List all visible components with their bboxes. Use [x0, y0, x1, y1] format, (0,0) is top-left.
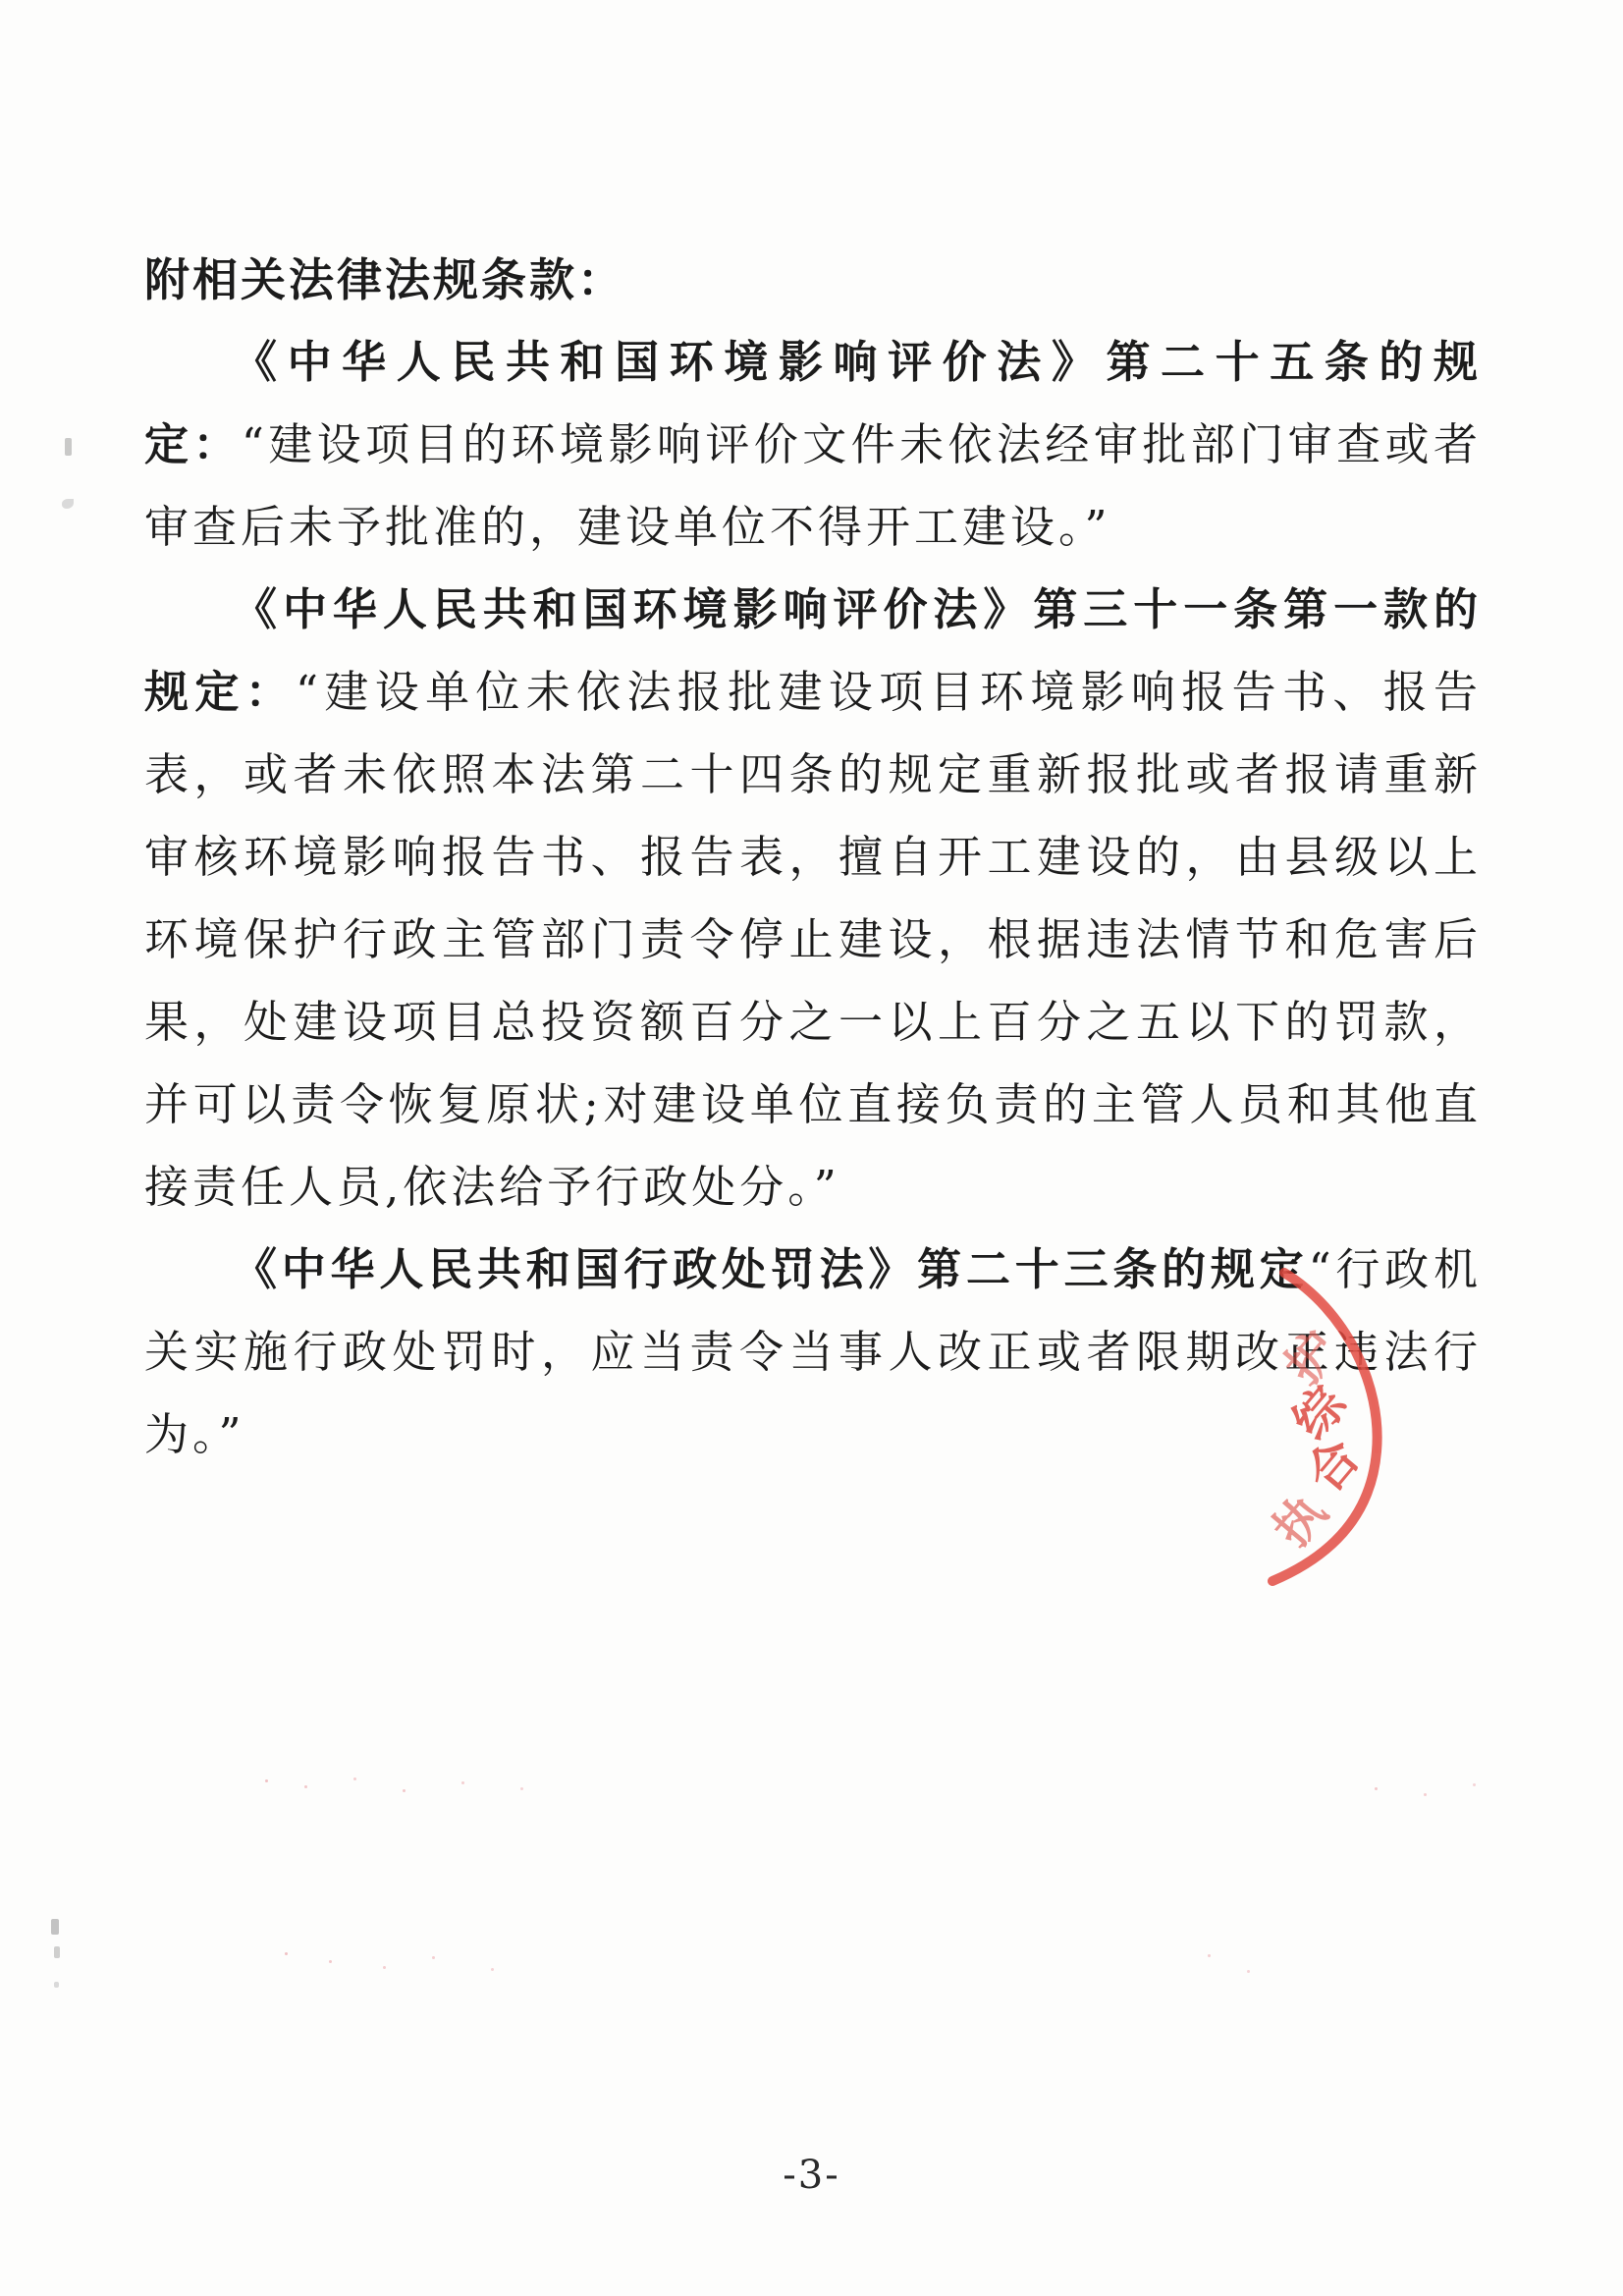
seal-character: 执 — [1254, 1477, 1339, 1560]
page-number: -3- — [783, 2153, 839, 2198]
legal-paragraph-eia-art25: 《中华人民共和国环境影响评价法》第二十五条的规定：“建设项目的环境影响评价文件未… — [144, 321, 1482, 569]
scan-smudge — [54, 1946, 60, 1958]
law-quotation-text: “建设单位未依法报批建设项目环境影响报告书、报告表，或者未依照本法第二十四条的规… — [144, 666, 1482, 1213]
scan-smudge — [54, 1982, 59, 1988]
law-quotation-text: “建设项目的环境影响评价文件未依法经审批部门审查或者审查后未予批准的，建设单位不… — [144, 418, 1482, 553]
legal-paragraph-eia-art31: 《中华人民共和国环境影响评价法》第三十一条第一款的规定：“建设单位未依法报批建设… — [144, 569, 1482, 1229]
scan-smudge — [51, 1919, 59, 1935]
law-citation-bold: 《中华人民共和国行政处罚法》第二十三条的规定 — [233, 1243, 1309, 1295]
scan-smudge — [65, 438, 72, 456]
scan-speckles — [285, 1952, 288, 1955]
scan-speckles — [265, 1779, 268, 1782]
section-heading: 附相关法律法规条款： — [144, 239, 1482, 321]
document-body: 附相关法律法规条款： 《中华人民共和国环境影响评价法》第二十五条的规定：“建设项… — [144, 239, 1482, 1476]
scanned-document-page: 附相关法律法规条款： 《中华人民共和国环境影响评价法》第二十五条的规定：“建设项… — [0, 0, 1623, 2296]
legal-paragraph-apl-art23: 《中华人民共和国行政处罚法》第二十三条的规定“行政机关实施行政处罚时，应当责令当… — [144, 1229, 1482, 1476]
scan-smudge — [62, 499, 74, 509]
